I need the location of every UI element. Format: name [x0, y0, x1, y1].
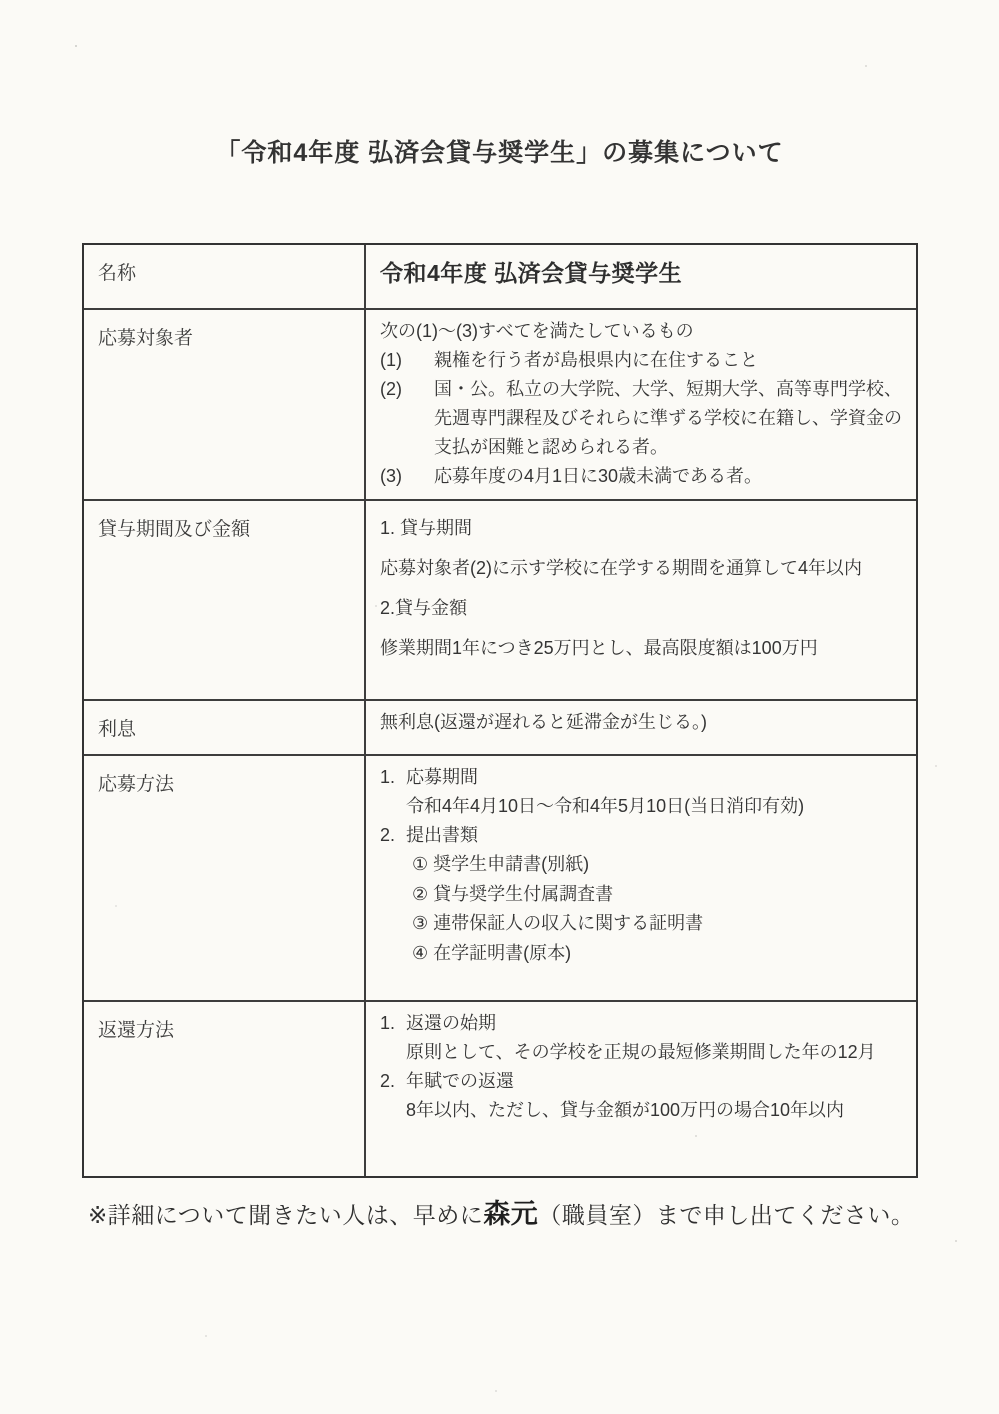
- row-label-name: 名称: [84, 245, 366, 308]
- item-marker: (2): [380, 375, 434, 462]
- item-title: 応募期間: [406, 763, 904, 792]
- table-row-application-method: 応募方法 1. 応募期間 令和4年4月10日～令和4年5月10日(当日消印有効)…: [84, 754, 916, 1000]
- loan-amount-detail: 修業期間1年につき25万円とし、最高限度額は100万円: [380, 628, 904, 668]
- eligibility-intro: 次の(1)～(3)すべてを満たしているもの: [380, 317, 904, 346]
- table-row-interest: 利息 無利息(返還が遅れると延滞金が生じる。): [84, 699, 916, 754]
- item-marker: 2.: [380, 821, 406, 850]
- item-title: 提出書類: [406, 821, 904, 850]
- row-label-repayment-method: 返還方法: [84, 1002, 366, 1176]
- table-row-repayment-method: 返還方法 1. 返還の始期 原則として、その学校を正規の最短修業期間した年の12…: [84, 1000, 916, 1176]
- item-marker: 2.: [380, 1067, 406, 1096]
- row-cell-loan-period-amount: 1. 貸与期間 応募対象者(2)に示す学校に在学する期間を通算して4年以内 2.…: [366, 501, 916, 699]
- submission-documents-heading: 2. 提出書類: [380, 821, 904, 850]
- footer-contact-note: ※詳細について聞きたい人は、早めに森元（職員室）まで申し出てください。: [88, 1192, 968, 1231]
- row-cell-name: 令和4年度 弘済会貸与奨学生: [366, 245, 916, 308]
- loan-amount-heading: 2.貸与金額: [380, 588, 904, 628]
- document-item: ④ 在学証明書(原本): [412, 939, 904, 969]
- eligibility-item: (3) 応募年度の4月1日に30歳未満である者。: [380, 462, 904, 491]
- scholarship-name-value: 令和4年度 弘済会貸与奨学生: [380, 252, 904, 288]
- row-label-eligibility: 応募対象者: [84, 310, 366, 499]
- row-label-loan-period-amount: 貸与期間及び金額: [84, 501, 366, 699]
- footer-note-suffix: （職員室）まで申し出てください。: [538, 1202, 914, 1228]
- repayment-start-heading: 1. 返還の始期: [380, 1009, 904, 1038]
- item-marker: (3): [380, 462, 434, 491]
- document-item: ③ 連帯保証人の収入に関する証明書: [412, 909, 904, 939]
- item-marker: (1): [380, 346, 434, 375]
- annual-repayment-detail: 8年以内、ただし、貸与金額が100万円の場合10年以内: [406, 1096, 904, 1125]
- eligibility-item: (2) 国・公。私立の大学院、大学、短期大学、高等専門学校、先週専門課程及びそれ…: [380, 375, 904, 462]
- eligibility-item: (1) 親権を行う者が島根県内に在住すること: [380, 346, 904, 375]
- item-marker: 1.: [380, 763, 406, 792]
- scholarship-info-table: 名称 令和4年度 弘済会貸与奨学生 応募対象者 次の(1)～(3)すべてを満たし…: [82, 243, 918, 1178]
- document-item: ② 貸与奨学生付属調査書: [412, 880, 904, 910]
- table-row-loan-period-amount: 貸与期間及び金額 1. 貸与期間 応募対象者(2)に示す学校に在学する期間を通算…: [84, 499, 916, 699]
- document-title: 「令和4年度 弘済会貸与奨学生」の募集について: [0, 133, 999, 169]
- item-text: 親権を行う者が島根県内に在住すること: [434, 346, 904, 375]
- item-text: 応募年度の4月1日に30歳未満である者。: [434, 462, 904, 491]
- contact-person-name: 森元: [483, 1199, 538, 1229]
- row-cell-eligibility: 次の(1)～(3)すべてを満たしているもの (1) 親権を行う者が島根県内に在住…: [366, 310, 916, 499]
- item-title: 返還の始期: [406, 1009, 904, 1038]
- document-item: ① 奨学生申請書(別紙): [412, 850, 904, 880]
- annual-repayment-heading: 2. 年賦での返還: [380, 1067, 904, 1096]
- row-cell-repayment-method: 1. 返還の始期 原則として、その学校を正規の最短修業期間した年の12月 2. …: [366, 1002, 916, 1176]
- repayment-start-detail: 原則として、その学校を正規の最短修業期間した年の12月: [406, 1038, 904, 1067]
- table-row-eligibility: 応募対象者 次の(1)～(3)すべてを満たしているもの (1) 親権を行う者が島…: [84, 308, 916, 499]
- row-label-interest: 利息: [84, 701, 366, 754]
- loan-period-detail: 応募対象者(2)に示す学校に在学する期間を通算して4年以内: [380, 548, 904, 588]
- loan-period-heading: 1. 貸与期間: [380, 508, 904, 548]
- application-period-heading: 1. 応募期間: [380, 763, 904, 792]
- scanned-notice-page: 「令和4年度 弘済会貸与奨学生」の募集について 名称 令和4年度 弘済会貸与奨学…: [0, 0, 999, 1414]
- item-title: 年賦での返還: [406, 1067, 904, 1096]
- application-period-detail: 令和4年4月10日～令和4年5月10日(当日消印有効): [406, 792, 904, 821]
- item-text: 国・公。私立の大学院、大学、短期大学、高等専門学校、先週専門課程及びそれらに準ず…: [434, 375, 904, 462]
- interest-value: 無利息(返還が遅れると延滞金が生じる。): [380, 708, 904, 737]
- footer-note-prefix: ※詳細について聞きたい人は、早めに: [88, 1202, 483, 1228]
- row-cell-application-method: 1. 応募期間 令和4年4月10日～令和4年5月10日(当日消印有効) 2. 提…: [366, 756, 916, 1000]
- table-row-name: 名称 令和4年度 弘済会貸与奨学生: [84, 245, 916, 308]
- item-marker: 1.: [380, 1009, 406, 1038]
- row-label-application-method: 応募方法: [84, 756, 366, 1000]
- row-cell-interest: 無利息(返還が遅れると延滞金が生じる。): [366, 701, 916, 754]
